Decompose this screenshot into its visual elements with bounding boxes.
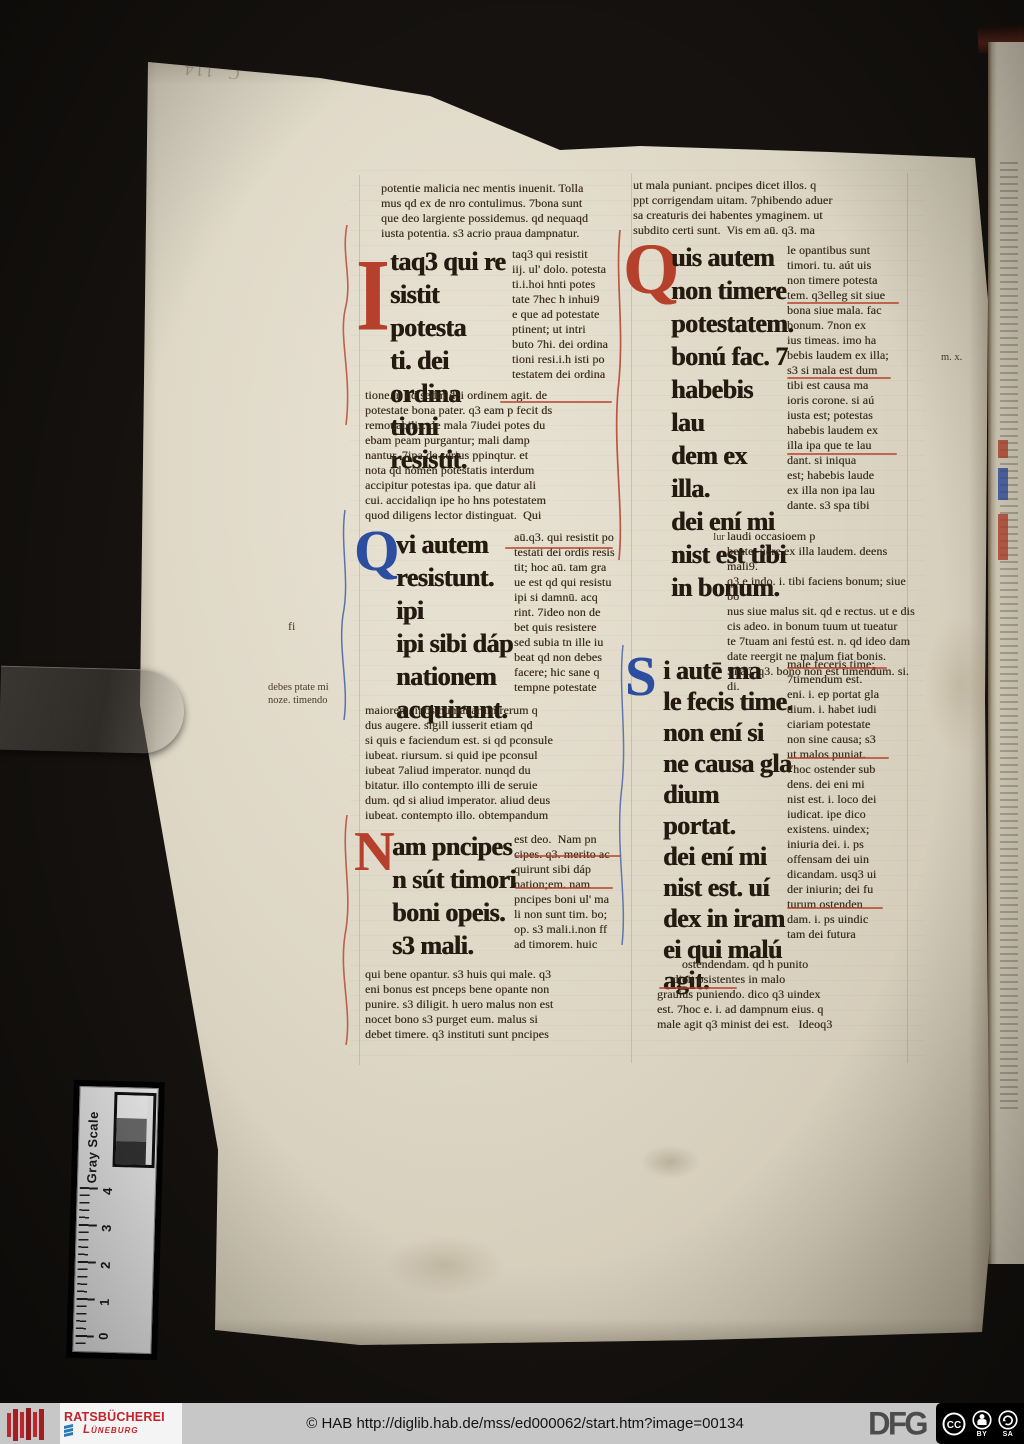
gray-patch-dark: [116, 1141, 147, 1165]
gloss-text: aū.q3. qui resistit po testati dei ordis…: [514, 530, 636, 695]
cc-license-badge: CC BY SA: [936, 1403, 1024, 1444]
gray-patch-mid: [116, 1118, 147, 1142]
verse-initial: I: [356, 243, 389, 346]
verse-initial: Q: [354, 522, 399, 580]
sa-icon: SA: [998, 1410, 1018, 1438]
verse-initial: N: [354, 824, 394, 880]
pen-flourish: [339, 815, 355, 1045]
gloss-text: tione. n qd sedm dei ordinem agit. de po…: [365, 388, 637, 523]
book-waves-icon: [64, 1424, 80, 1437]
gloss-text: le opantibus sunt timori. tu. aút uis no…: [787, 243, 911, 513]
ruler-number: 4: [100, 1187, 115, 1195]
ruler-number: 2: [98, 1261, 113, 1269]
facing-page-initial-marks: [998, 440, 1008, 560]
gloss-text: ostendendam. qd h punito dicit psistente…: [657, 957, 919, 1032]
gray-patch-white: [117, 1095, 148, 1119]
ruler-number: 1: [97, 1298, 112, 1306]
dfg-logo: DFG: [868, 1405, 926, 1443]
ruler-number: 0: [96, 1332, 111, 1340]
page-clamp: [0, 666, 185, 755]
running-title-paraph: ɂ: [583, 85, 589, 100]
lemma-block: Q uis autem non timere potestatem. bonú …: [633, 241, 909, 541]
gray-scale-label: Gray Scale: [84, 1091, 105, 1183]
library-bars-icon: [6, 1407, 48, 1441]
library-logo: RATSBÜCHEREI Lüneburg: [60, 1403, 182, 1444]
facing-page-edge: [988, 42, 1024, 1264]
pen-flourish: [339, 225, 355, 425]
svg-text:CC: CC: [947, 1420, 961, 1431]
lemma-block: S i autē ma le fecis time. non ení si ne…: [633, 655, 909, 975]
digitized-manuscript-viewer: C. 114 am̃b' ɂ R O ab. fi debes ptate mi…: [0, 0, 1024, 1444]
gloss-text: qui bene opantur. s3 huis qui male. q3 e…: [365, 967, 637, 1042]
lemma-block: N am pncipes n sút timori boni opeis. s3…: [362, 830, 630, 970]
gloss-text: est deo. Nam pn cipes. q3. merito ac qui…: [514, 832, 634, 952]
lemma-block: Q vi autem resistunt. ipi ipi sibi dáp n…: [362, 528, 630, 698]
library-name-line2: Lüneburg: [83, 1424, 138, 1437]
lemma-text: vi autem resistunt. ipi ipi sibi dáp nat…: [396, 528, 526, 726]
parchment-stain: [925, 615, 995, 755]
running-title-letter-blue: O: [621, 79, 643, 110]
by-icon: BY: [972, 1410, 992, 1438]
running-title-left: am̃b': [525, 89, 560, 106]
ruler-number: 3: [99, 1224, 114, 1232]
lemma-text: am pncipes n sút timori boni opeis. s3 m…: [392, 830, 524, 962]
gloss-text: maiorem. ipos humanarum rerum q dus auge…: [365, 703, 637, 823]
margin-note-right: m. x.: [941, 351, 962, 364]
pencil-shelfmark: C. 114: [182, 59, 240, 84]
cc-icon: CC: [942, 1412, 966, 1436]
library-name-line1: RATSBÜCHEREI: [64, 1410, 182, 1424]
verse-initial: S: [625, 649, 656, 705]
margin-mark: fi: [288, 620, 295, 633]
running-title-right: ab.: [788, 87, 809, 104]
copyright-url: © HAB http://diglib.hab.de/mss/ed000062/…: [182, 1415, 868, 1432]
running-title-letter-red: R: [597, 79, 617, 110]
parchment-stain: [385, 1235, 505, 1295]
ruler-ticks: [75, 1187, 99, 1345]
gray-scale-patches: [112, 1092, 156, 1168]
gloss-text: potentie malicia nec mentis inuenit. Tol…: [381, 181, 649, 241]
lemma-text: i autē ma le fecis time. non ení si ne c…: [663, 655, 793, 996]
parchment-stain: [640, 1145, 700, 1179]
gloss-text: taq3 qui resistit iij. ul' dolo. potesta…: [512, 247, 632, 382]
footer-bar: RATSBÜCHEREI Lüneburg © HAB http://digli…: [0, 1403, 1024, 1444]
gray-scale-card: Gray Scale 4 3 2 1 0: [72, 1086, 158, 1354]
facing-page-text-lines: [1000, 162, 1018, 1112]
manuscript-page: C. 114 am̃b' ɂ R O ab. fi debes ptate mi…: [135, 55, 995, 1353]
lemma-block: I taq3 qui re sistit potesta ti. dei ord…: [362, 245, 630, 385]
gloss-text: male feceris time; 7timendum est. eni. i…: [787, 657, 909, 942]
